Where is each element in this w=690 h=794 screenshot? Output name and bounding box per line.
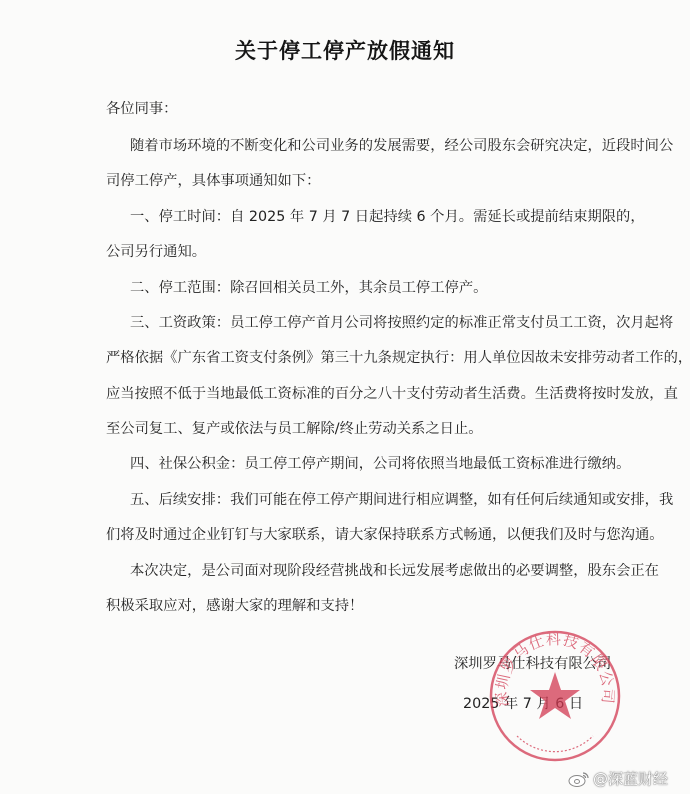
- signature-company: 深圳罗马仕科技有限公司: [454, 653, 611, 673]
- paragraph-line: 公司另行通知。: [106, 241, 206, 261]
- paragraph-line: 本次决定，是公司面对现阶段经营挑战和长远发展考虑做出的必要调整，股东会正在: [130, 560, 659, 580]
- paragraph-line: 应当按照不低于当地最低工资标准的百分之八十支付劳动者生活费。生活费将按时发放，直: [106, 383, 678, 403]
- paragraph-line: 积极采取应对，感谢大家的理解和支持！: [106, 595, 363, 615]
- paragraph-line: 三、工资政策：员工停工停产首月公司将按照约定的标准正常支付员工工资，次月起将: [130, 312, 673, 332]
- source-watermark: @深蓝财经: [568, 768, 668, 789]
- weibo-icon: [568, 770, 590, 788]
- notice-document: 关于停工停产放假通知 各位同事： 随着市场环境的不断变化和公司业务的发展需要，经…: [0, 0, 690, 794]
- signature-date: 2025 年 7 月 6 日: [463, 693, 583, 713]
- paragraph-line: 司停工停产，具体事项通知如下：: [106, 170, 320, 190]
- paragraph-line: 严格依据《广东省工资支付条例》第三十九条规定执行：用人单位因故未安排劳动者工作的…: [106, 347, 690, 367]
- paragraph-line: 们将及时通过企业钉钉与大家联系，请大家保持联系方式畅通，以便我们及时与您沟通。: [106, 524, 664, 544]
- paragraph-line: 二、停工范围：除召回相关员工外，其余员工停工停产。: [130, 277, 487, 297]
- watermark-text: @深蓝财经: [593, 768, 668, 789]
- greeting: 各位同事：: [106, 98, 177, 118]
- paragraph-line: 至公司复工、复产或依法与员工解除/终止劳动关系之日止。: [106, 418, 483, 438]
- paragraph-line: 一、停工时间：自 2025 年 7 月 7 日起持续 6 个月。需延长或提前结束…: [130, 206, 645, 226]
- paragraph-line: 随着市场环境的不断变化和公司业务的发展需要，经公司股东会研究决定，近段时间公: [130, 135, 673, 155]
- paragraph-line: 五、后续安排：我们可能在停工停产期间进行相应调整，如有任何后续通知或安排，我: [130, 489, 673, 509]
- paragraph-line: 四、社保公积金：员工停工停产期间，公司将依照当地最低工资标准进行缴纳。: [130, 453, 630, 473]
- document-title: 关于停工停产放假通知: [0, 35, 690, 65]
